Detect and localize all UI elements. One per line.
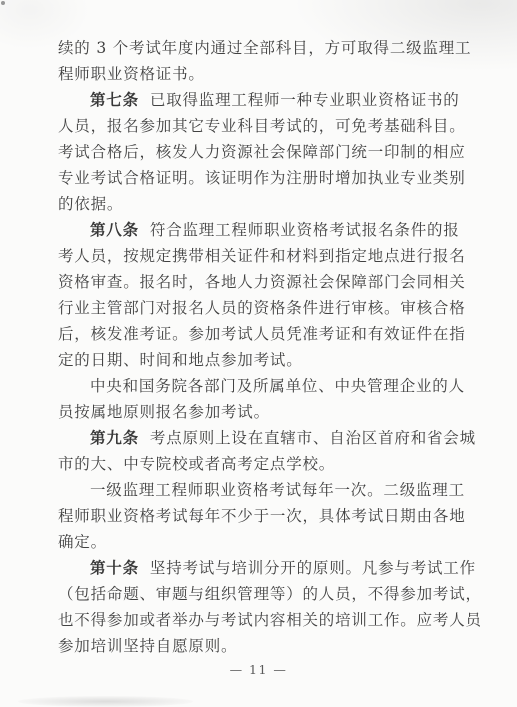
text-line: 续的 3 个考试年度内通过全部科目，方可取得二级监理工 [58,35,464,61]
line-text: 坚持考试与培训分开的原则。凡参与考试工作 [150,559,476,577]
text-line: 专业考试合格证明。该证明作为注册时增加执业专业类别 [58,165,464,191]
paragraph: 中央和国务院各部门及所属单位、中央管理企业的人员按属地原则报名参加考试。 [58,373,464,425]
text-line: 的依据。 [58,191,464,217]
text-line: 第九条考点原则上设在直辖市、自治区首府和省会城 [58,425,464,451]
line-text: 考点原则上设在直辖市、自治区首府和省会城 [150,429,476,447]
text-line: 资格审查。报名时，各地人力资源社会保障部门会同相关 [58,269,464,295]
article-number: 第七条 [90,90,139,109]
text-line: 市的大、中专院校或者高考定点学校。 [58,451,464,477]
text-line: （包括命题、审题与组织管理等）的人员，不得参加考试， [58,581,464,607]
text-line: 第十条坚持考试与培训分开的原则。凡参与考试工作 [58,555,464,581]
paragraph: 第七条已取得监理工程师一种专业职业资格证书的人员，报名参加其它专业科目考试的，可… [58,87,464,217]
scan-artifact-bottom-smudge [18,696,193,707]
text-line: 参加培训坚持自愿原则。 [58,633,464,659]
text-line: 程师职业资格考试每年不少于一次，具体考试日期由各地 [58,503,464,529]
paragraph: 续的 3 个考试年度内通过全部科目，方可取得二级监理工程师职业资格证书。 [58,35,464,87]
text-line: 考试合格后，核发人力资源社会保障部门统一印制的相应 [58,139,464,165]
paragraph: 第九条考点原则上设在直辖市、自治区首府和省会城市的大、中专院校或者高考定点学校。 [58,425,464,477]
line-text: 已取得监理工程师一种专业职业资格证书的 [150,91,460,109]
document-page: 续的 3 个考试年度内通过全部科目，方可取得二级监理工程师职业资格证书。第七条已… [0,0,517,707]
paragraph: 一级监理工程师职业资格考试每年一次。二级监理工程师职业资格考试每年不少于一次，具… [58,477,464,555]
paragraph: 第八条符合监理工程师职业资格考试报名条件的报考人员，按规定携带相关证件和材料到指… [58,217,464,373]
text-line: 中央和国务院各部门及所属单位、中央管理企业的人 [58,373,464,399]
text-line: 员按属地原则报名参加考试。 [58,399,464,425]
text-line: 后，核发准考证。参加考试人员凭准考证和有效证件在指 [58,321,464,347]
text-line: 行业主管部门对报名人员的资格条件进行审核。审核合格 [58,295,464,321]
article-number: 第八条 [90,220,139,239]
text-line: 程师职业资格证书。 [58,61,464,87]
text-line: 第七条已取得监理工程师一种专业职业资格证书的 [58,87,464,113]
text-line: 人员，报名参加其它专业科目考试的，可免考基础科目。 [58,113,464,139]
document-body: 续的 3 个考试年度内通过全部科目，方可取得二级监理工程师职业资格证书。第七条已… [58,35,464,659]
page-number: — 11 — [0,662,517,678]
text-line: 也不得参加或者举办与考试内容相关的培训工作。应考人员 [58,607,464,633]
text-line: 定的日期、时间和地点参加考试。 [58,347,464,373]
text-line: 第八条符合监理工程师职业资格考试报名条件的报 [58,217,464,243]
scan-artifact-corner-speck [1,1,5,5]
text-line: 一级监理工程师职业资格考试每年一次。二级监理工 [58,477,464,503]
text-line: 确定。 [58,529,464,555]
line-text: 符合监理工程师职业资格考试报名条件的报 [150,221,460,239]
text-line: 考人员，按规定携带相关证件和材料到指定地点进行报名 [58,243,464,269]
article-number: 第九条 [90,428,139,447]
article-number: 第十条 [90,558,139,577]
paragraph: 第十条坚持考试与培训分开的原则。凡参与考试工作（包括命题、审题与组织管理等）的人… [58,555,464,659]
